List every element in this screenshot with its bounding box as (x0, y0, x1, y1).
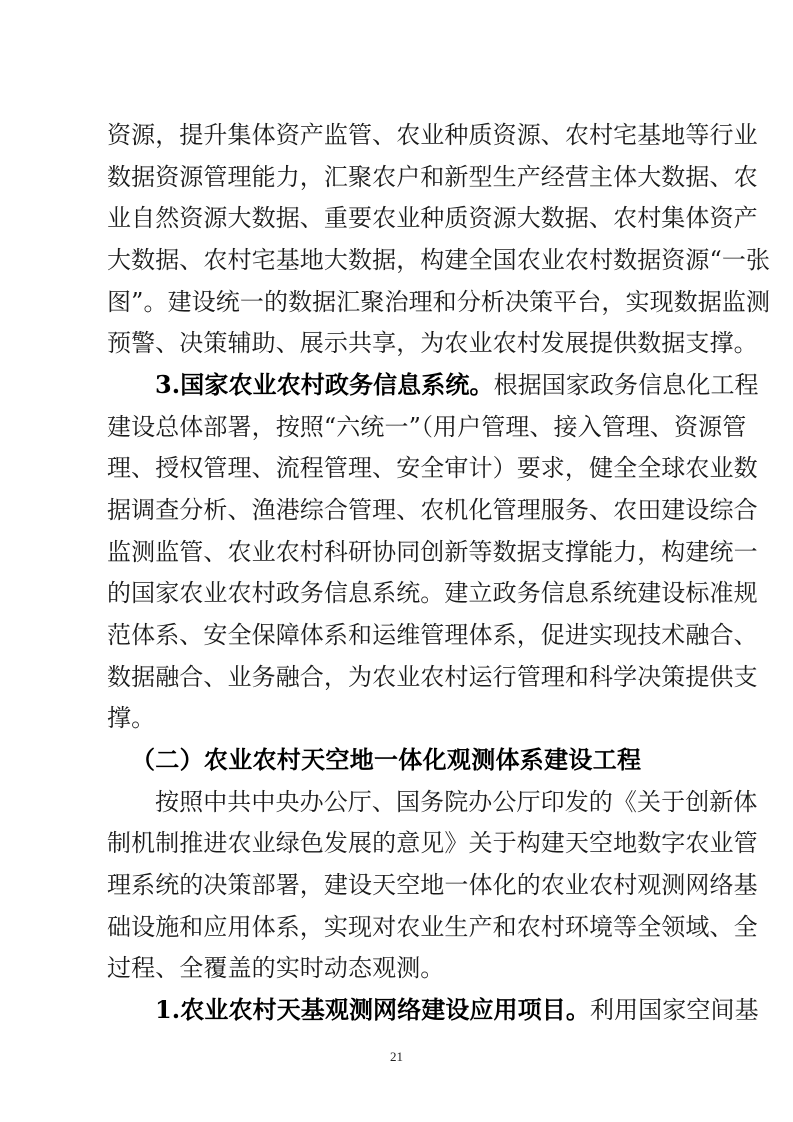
line-text: 根据国家政务信息化工程 (494, 371, 759, 399)
line-text: 监测监管、农业农村科研协同创新等数据支撑能力，构建统一 (107, 538, 758, 566)
line-text: 预警、决策辅助、展示共享，为农业农村发展提供数据支撑。 (107, 329, 758, 357)
line-text: 础设施和应用体系，实现对农业生产和农村环境等全领域、全 (107, 913, 758, 941)
line-text: 理、授权管理、流程管理、安全审计）要求，健全全球农业数 (107, 454, 758, 482)
line-text: 范体系、安全保障体系和运维管理体系，促进实现技术融合、 (107, 621, 758, 649)
line-text: 业自然资源大数据、重要农业种质资源大数据、农村集体资产 (107, 204, 758, 232)
line-text: 大数据、农村宅基地大数据，构建全国农业农村数据资源“一张 (107, 246, 770, 274)
body-line: 制机制推进农业绿色发展的意见》关于构建天空地数字农业管 (107, 828, 697, 858)
body-line: 建设总体部署，按照“六统一”（用户管理、接入管理、资源管 (107, 412, 697, 442)
line-text: 制机制推进农业绿色发展的意见》关于构建天空地数字农业管 (107, 829, 758, 857)
line-text: 据调查分析、渔港综合管理、农机化管理服务、农田建设综合 (107, 496, 758, 524)
body-line: 业自然资源大数据、重要农业种质资源大数据、农村集体资产 (107, 203, 697, 233)
line-text: 利用国家空间基 (590, 996, 759, 1024)
line-text: 数据资源管理能力，汇聚农户和新型生产经营主体大数据、农 (107, 163, 758, 191)
document-page: 资源，提升集体资产监管、农业种质资源、农村宅基地等行业 数据资源管理能力，汇聚农… (0, 0, 793, 1122)
line-text: 建设总体部署，按照“六统一”（用户管理、接入管理、资源管 (107, 413, 746, 441)
line-text: 按照中共中央办公厅、国务院办公厅印发的《关于创新体 (155, 788, 758, 816)
section-heading-text: （二）农业农村天空地一体化观测体系建设工程 (131, 745, 641, 774)
line-text: 撑。 (107, 704, 155, 732)
body-line: 过程、全覆盖的实时动态观测。 (107, 953, 697, 983)
body-line: 的国家农业农村政务信息系统。建立政务信息系统建设标准规 (107, 578, 697, 608)
body-line: 监测监管、农业农村科研协同创新等数据支撑能力，构建统一 (107, 537, 697, 567)
subsection-line: 3.国家农业农村政务信息系统。根据国家政务信息化工程 (155, 370, 745, 400)
body-line: 理、授权管理、流程管理、安全审计）要求，健全全球农业数 (107, 453, 697, 483)
subsection-title: 1.农业农村天基观测网络建设应用项目。 (155, 995, 590, 1024)
body-line: 范体系、安全保障体系和运维管理体系，促进实现技术融合、 (107, 620, 697, 650)
page-number: 21 (0, 1049, 793, 1065)
body-line: 按照中共中央办公厅、国务院办公厅印发的《关于创新体 (155, 787, 745, 817)
body-line: 据调查分析、渔港综合管理、农机化管理服务、农田建设综合 (107, 495, 697, 525)
line-text: 过程、全覆盖的实时动态观测。 (107, 954, 444, 982)
line-text: 图”。建设统一的数据汇聚治理和分析决策平台，实现数据监测 (107, 288, 770, 316)
body-line: 预警、决策辅助、展示共享，为农业农村发展提供数据支撑。 (107, 328, 697, 358)
body-line: 图”。建设统一的数据汇聚治理和分析决策平台，实现数据监测 (107, 287, 697, 317)
body-line: 撑。 (107, 703, 697, 733)
subsection-line: 1.农业农村天基观测网络建设应用项目。利用国家空间基 (155, 995, 745, 1025)
body-line: 大数据、农村宅基地大数据，构建全国农业农村数据资源“一张 (107, 245, 697, 275)
line-text: 的国家农业农村政务信息系统。建立政务信息系统建设标准规 (107, 579, 758, 607)
body-line: 数据资源管理能力，汇聚农户和新型生产经营主体大数据、农 (107, 162, 697, 192)
line-text: 理系统的决策部署，建设天空地一体化的农业农村观测网络基 (107, 871, 758, 899)
line-text: 资源，提升集体资产监管、农业种质资源、农村宅基地等行业 (107, 121, 758, 149)
body-line: 理系统的决策部署，建设天空地一体化的农业农村观测网络基 (107, 870, 697, 900)
body-line: 础设施和应用体系，实现对农业生产和农村环境等全领域、全 (107, 912, 697, 942)
section-heading: （二）农业农村天空地一体化观测体系建设工程 (131, 745, 721, 775)
line-text: 数据融合、业务融合，为农业农村运行管理和科学决策提供支 (107, 663, 758, 691)
subsection-title: 3.国家农业农村政务信息系统。 (155, 370, 494, 399)
body-line: 资源，提升集体资产监管、农业种质资源、农村宅基地等行业 (107, 120, 697, 150)
body-line: 数据融合、业务融合，为农业农村运行管理和科学决策提供支 (107, 662, 697, 692)
